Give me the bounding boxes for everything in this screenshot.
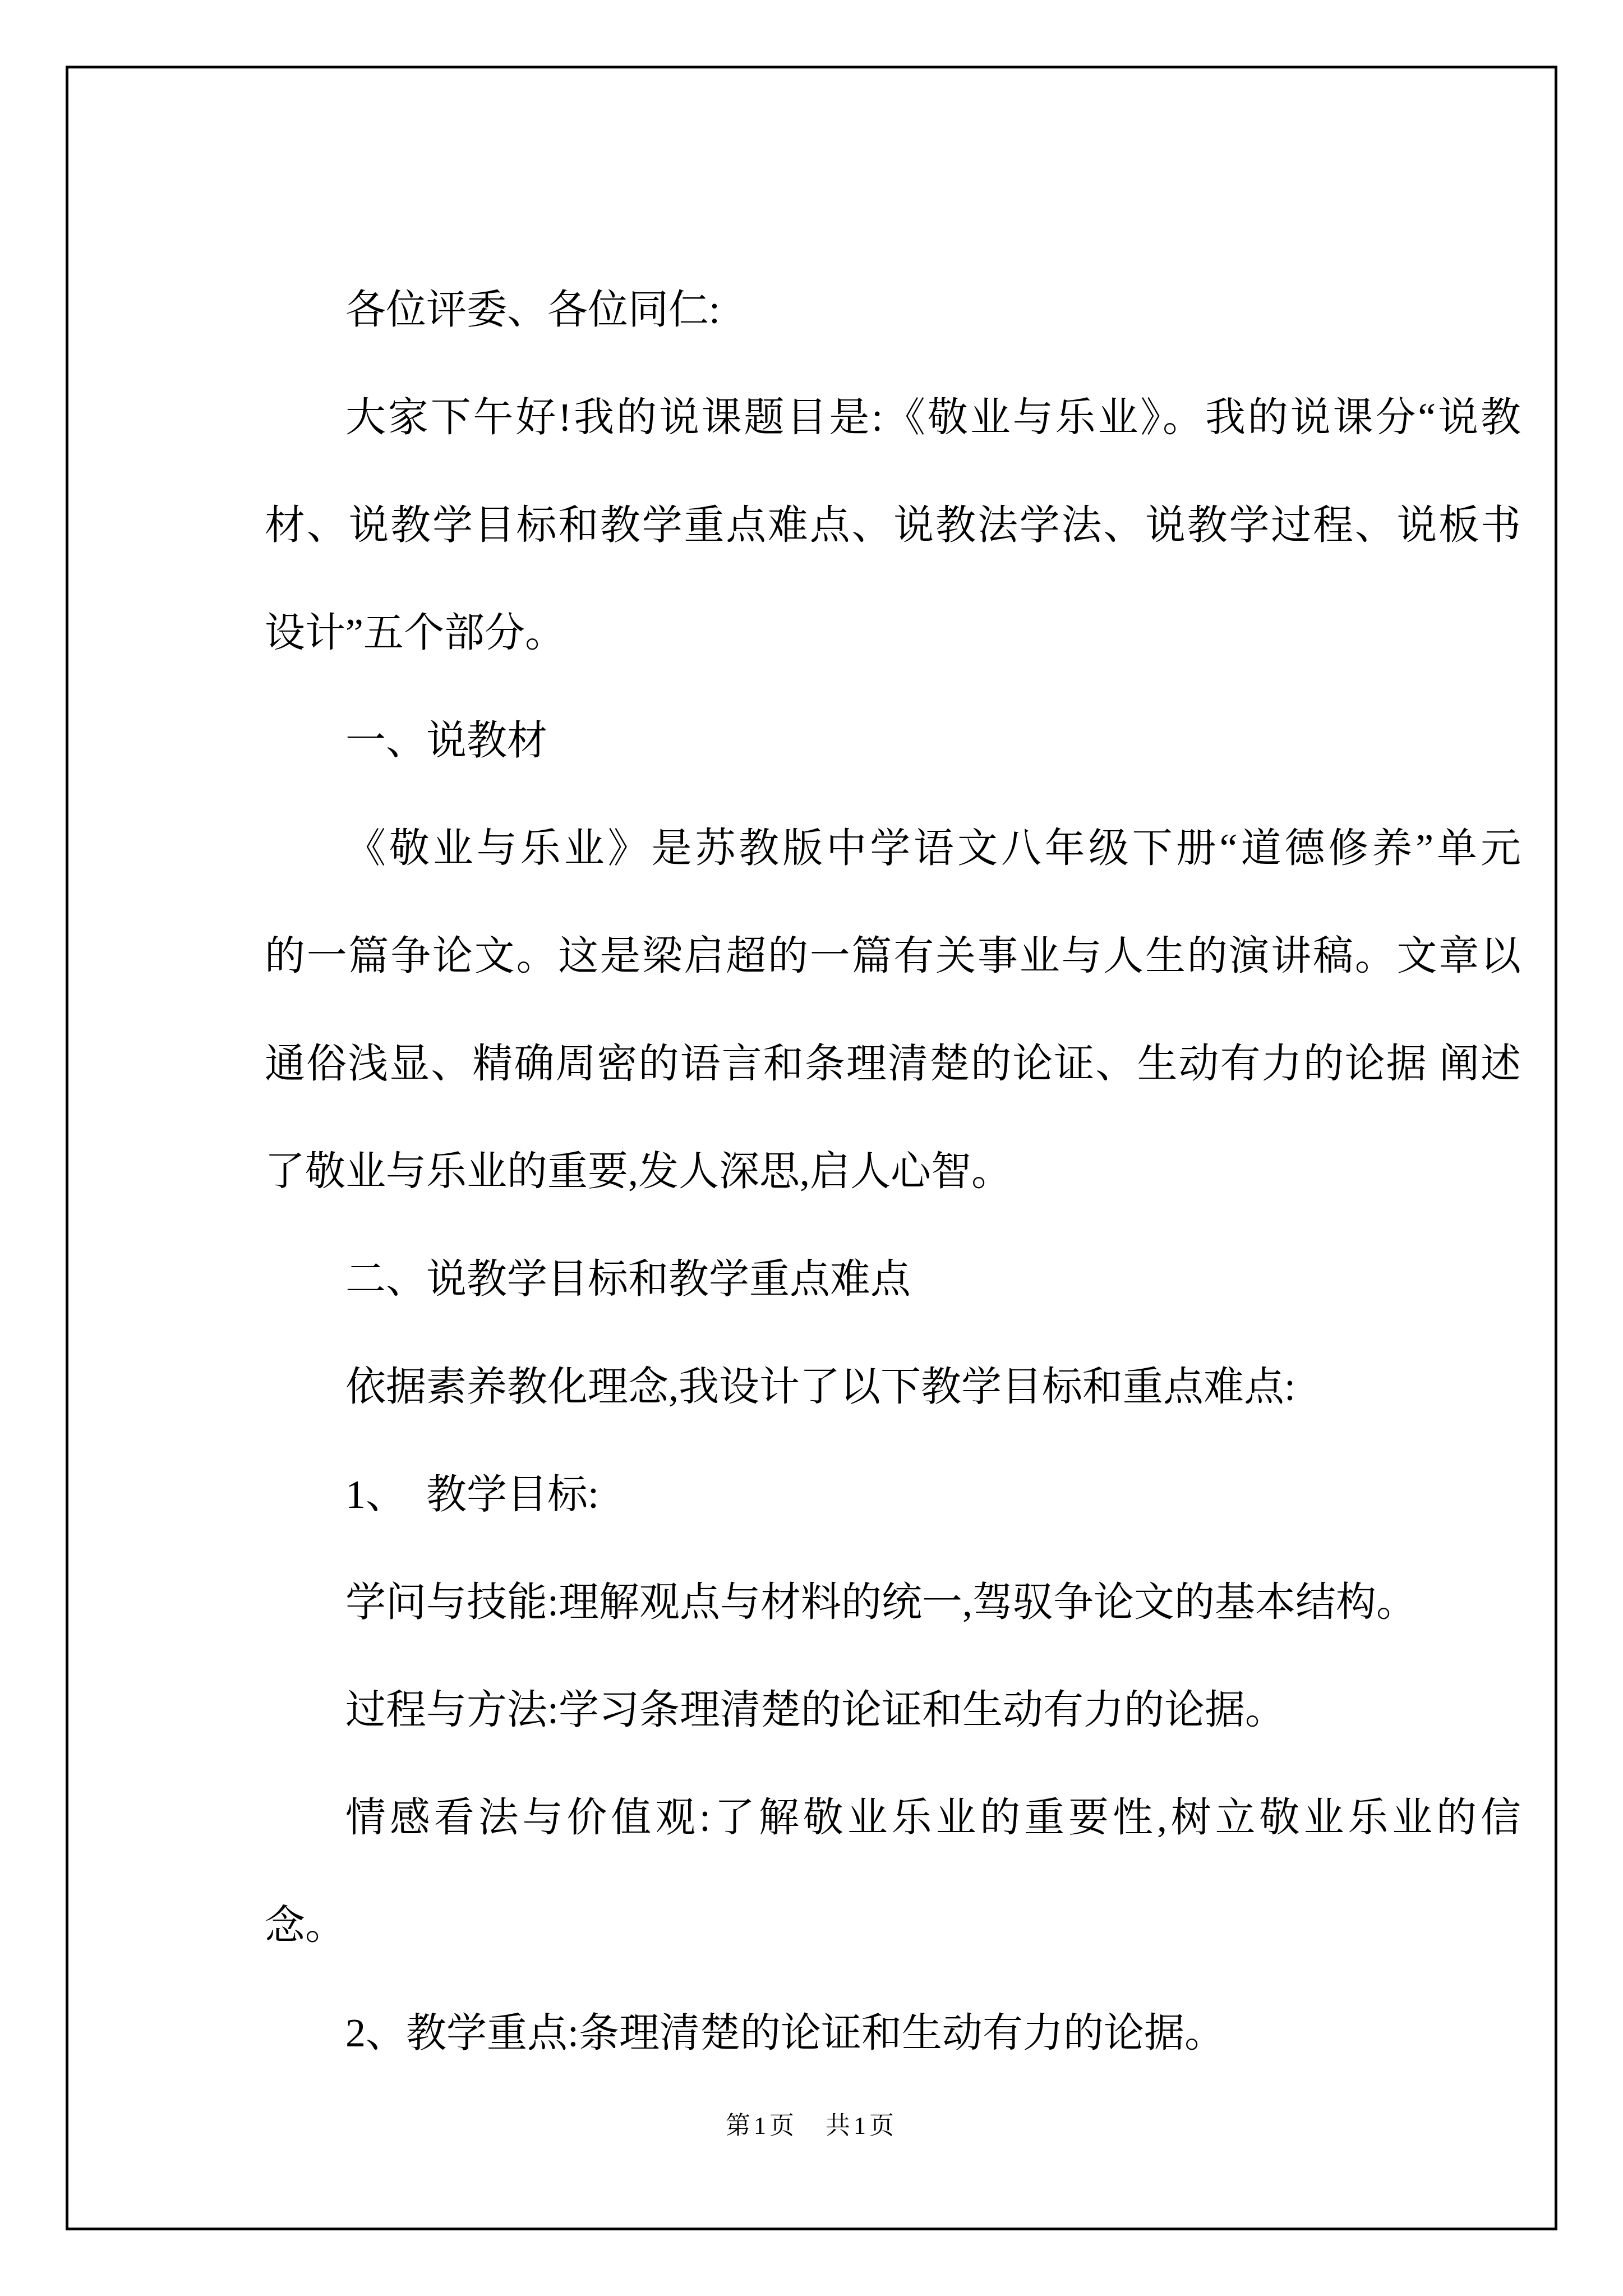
text-line: 设计”五个部分。: [265, 579, 1521, 687]
page-footer: 第1页 共1页: [0, 2101, 1623, 2151]
text-line: 念。: [265, 1871, 1521, 1979]
text-line: 1、 教学目标:: [265, 1441, 1521, 1548]
text-line: 一、说教材: [265, 687, 1521, 794]
text-line: 过程与方法:学习条理清楚的论证和生动有力的论据。: [265, 1656, 1521, 1764]
text-line: 2、教学重点:条理清楚的论证和生动有力的论据。: [265, 1979, 1521, 2087]
document-body: 各位评委、各位同仁:大家下午好!我的说课题目是:《敬业与乐业》。我的说课分“说教…: [265, 256, 1521, 2087]
text-line: 的一篇争论文。这是梁启超的一篇有关事业与人生的演讲稿。文章以: [265, 902, 1521, 1010]
text-line: 了敬业与乐业的重要,发人深思,启人心智。: [265, 1117, 1521, 1225]
text-line: 大家下午好!我的说课题目是:《敬业与乐业》。我的说课分“说教: [265, 364, 1521, 471]
text-line: 依据素养教化理念,我设计了以下教学目标和重点难点:: [265, 1333, 1521, 1441]
document-page: 各位评委、各位同仁:大家下午好!我的说课题目是:《敬业与乐业》。我的说课分“说教…: [0, 0, 1623, 2296]
text-line: 情感看法与价值观:了解敬业乐业的重要性,树立敬业乐业的信: [265, 1764, 1521, 1871]
text-line: 材、说教学目标和教学重点难点、说教法学法、说教学过程、说板书: [265, 471, 1521, 579]
text-line: 各位评委、各位同仁:: [265, 256, 1521, 364]
text-line: 学问与技能:理解观点与材料的统一,驾驭争论文的基本结构。: [265, 1548, 1521, 1656]
page-border: 各位评委、各位同仁:大家下午好!我的说课题目是:《敬业与乐业》。我的说课分“说教…: [66, 66, 1557, 2230]
text-line: 《敬业与乐业》是苏教版中学语文八年级下册“道德修养”单元: [265, 794, 1521, 902]
text-line: 二、说教学目标和教学重点难点: [265, 1225, 1521, 1333]
text-line: 通俗浅显、精确周密的语言和条理清楚的论证、生动有力的论据 阐述: [265, 1010, 1521, 1117]
